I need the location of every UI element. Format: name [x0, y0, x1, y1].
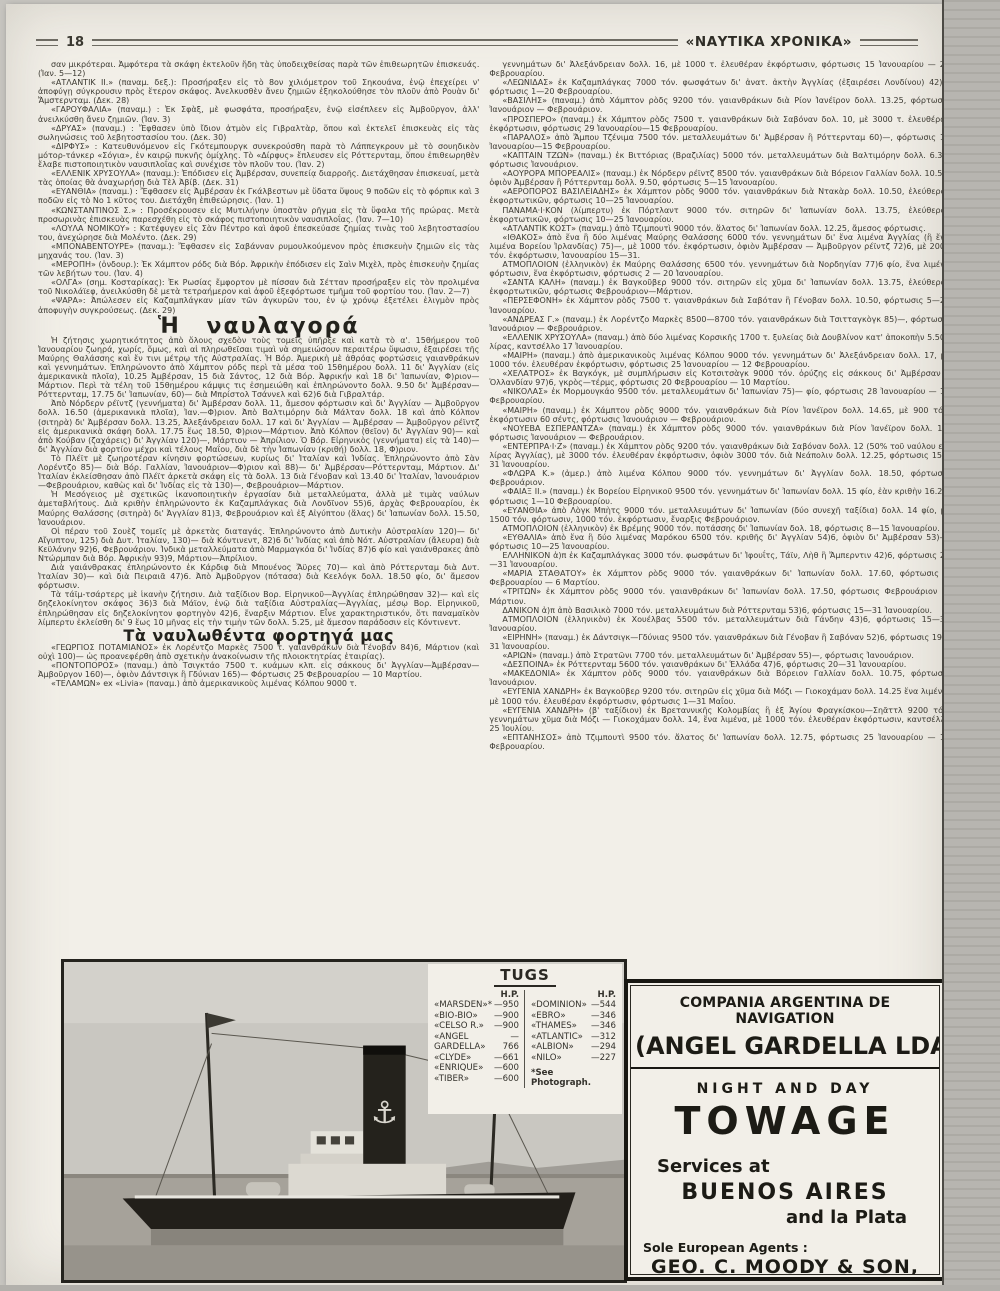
market-paragraph: Οἱ πέραν τοῦ Σουὲζ τομεῖς μὲ ἀρκετὰς δια… [38, 527, 479, 563]
charter-entry-paragraph: «ΠΡΟΣΠΕΡΟ» (παναμ.) ἐκ Χάμπτον ρὸδς 7500… [489, 115, 950, 133]
tug-name: «THAMES» [531, 1021, 577, 1032]
tug-horsepower: —294 [591, 1042, 616, 1053]
charter-entry-paragraph: ΠΑΝΑΜΑ·Ι·ΚΟΝ (λίμπερτυ) ἐκ Πόρτλαντ 9000… [489, 206, 950, 224]
market-paragraph: Ἀπὸ Νόρδερν ρέϊντζ (γεννήματα) δι' Ἀμβέρ… [38, 399, 479, 454]
header-rule-left [36, 39, 58, 46]
header-rule-middle [92, 39, 678, 46]
tug-horsepower: —227 [591, 1053, 616, 1064]
newspaper-page: 18 «ΝΑΥΤΙΚΑ ΧΡΟΝΙΚΑ» σαν μικρότεραι. Ἀμφ… [6, 4, 942, 1285]
ad-agents-label: Sole European Agents : [643, 1240, 927, 1255]
hp-column-header: H.P. [434, 990, 519, 1000]
tug-name: «MARSDEN»* [434, 1000, 492, 1011]
tug-horsepower: —312 [591, 1032, 616, 1043]
tug-horsepower: —661 [494, 1053, 519, 1064]
tug-name: «DOMINION» [531, 1000, 587, 1011]
charter-entry-paragraph: «ΕΝΤΕΡΠΡΑ·Ι·Ζ» (παναμ.) ἐκ Χάμπτον ρὸδς … [489, 442, 950, 469]
tug-horsepower: —900 [494, 1021, 519, 1032]
reflection [151, 1229, 563, 1245]
tugboat-photo-box: ⚓ TUGS H.P. «MA [61, 959, 627, 1283]
ship-report-paragraph: «ΜΕΡΟΠΗ» (ὁνδουρ.): Ἐκ Χάμπτον ρόδς διὰ … [38, 260, 479, 278]
tug-name: «CELSO R.» [434, 1021, 484, 1032]
tug-horsepower: —766 [500, 1032, 519, 1053]
tug-name: «ALBION» [531, 1042, 574, 1053]
charter-entry-paragraph: ΑΤΜΟΠΛΟΙΟΝ (ἑλληνικὸν) ἐκ Χουέλβας 5500 … [489, 615, 950, 633]
tug-horsepower: —950 [494, 1000, 519, 1011]
tugs-table: TUGS H.P. «MARSDEN»* —950 [428, 964, 622, 1114]
see-photograph-note: *See Photograph. [531, 1068, 616, 1088]
tugs-rows-left: «MARSDEN»* —950 «BIO-BIO» —900 [434, 1000, 519, 1084]
text-columns: σαν μικρότεραι. Ἀμφότερα τὰ σκάφη ἐκτελο… [38, 60, 950, 956]
charter-entries-list: γεννημάτων δι' Ἀλεξάνδρειαν δολλ. 16, μὲ… [489, 60, 950, 751]
tug-row: «NILO» —227 [531, 1053, 616, 1064]
tug-row: «ANGEL GARDELLA» —766 [434, 1032, 519, 1053]
anchor-emblem: ⚓ [371, 1096, 398, 1131]
market-paragraph: Τὰ τάϊμ-τσάρτερς μὲ ἱκανὴν ζήτησιν. Διὰ … [38, 590, 479, 626]
ship-reports-list: σαν μικρότεραι. Ἀμφότερα τὰ σκάφη ἐκτελο… [38, 60, 479, 315]
charter-entry-paragraph: «ΑΟΥΡΟΡΑ ΜΠΟΡΕΑΛΙΣ» (παναμ.) ἐκ Νόρδερν … [489, 169, 950, 187]
tug-row: «ALBION» —294 [531, 1042, 616, 1053]
ship-report-paragraph: σαν μικρότεραι. Ἀμφότερα τὰ σκάφη ἐκτελο… [38, 60, 479, 78]
charter-entry-paragraph: «ΤΡΙΤΩΝ» ἐκ Χάμπτον ρὸδς 9000 τόν. γαιαν… [489, 587, 950, 605]
charter-entry-paragraph: «ΜΑΡΙΑ ΣΤΑΘΑΤΟΥ» ἐκ Χάμπτον ρὸδς 9000 τό… [489, 569, 950, 587]
charter-entry-paragraph: «ΑΝΔΡΕΑΣ Γ.» (παναμ.) ἐκ Λορέντζο Μαρκὲς… [489, 315, 950, 333]
ship-report-paragraph: «ΑΤΛΑΝΤΙΚ ΙΙ.» (παναμ. δεξ.): Προσήραξεν… [38, 78, 479, 105]
charter-entry-paragraph: «ΚΑΠΤΑΙΝ ΤΖΩΝ» (παναμ.) ἐκ Βιττόριας (Βρ… [489, 151, 950, 169]
masthead-title: «ΝΑΥΤΙΚΑ ΧΡΟΝΙΚΑ» [686, 34, 852, 50]
ship-report-paragraph: «ΚΩΝΣΤΑΝΤΙΝΟΣ Σ.» : Προσέκρουσεν εἰς Μυτ… [38, 206, 479, 224]
charter-entry-paragraph: ΑΤΜΟΠΛΟΙΟΝ (ἑλληνικὸν) ἐκ Βρέμης 9000 τό… [489, 524, 950, 533]
charter-entry-paragraph: «ΦΑΙΑΞ ΙΙ.» (παναμ.) ἐκ Βορείου Εἰρηνικο… [489, 487, 950, 505]
tug-row: «TIBER» —600 [434, 1074, 519, 1085]
chartered-ships-heading: Τὰ ναυλωθέντα φορτηγά μας [38, 631, 479, 640]
market-paragraph: Ἡ Μεσόγειος μὲ σχετικῶς ἱκανοποιητικὴν ἐ… [38, 490, 479, 526]
tugs-table-title: TUGS [494, 966, 556, 987]
market-paragraph: Διὰ γαιάνθρακας ἐπληρώνοντο ἐκ Κάρδιφ δι… [38, 563, 479, 590]
ad-city-la-plata: and la Plata [643, 1207, 927, 1228]
tugs-column-left: H.P. «MARSDEN»* —950 «BIO-BIO» [434, 990, 525, 1088]
left-column: σαν μικρότεραι. Ἀμφότερα τὰ σκάφη ἐκτελο… [38, 60, 479, 956]
chartered-paragraph: «ΓΕΩΡΓΙΟΣ ΠΟΤΑΜΙΑΝΟΣ» ἐκ Λορέντζο Μαρκὲς… [38, 643, 479, 661]
tug-horsepower: —600 [494, 1063, 519, 1074]
ad-brand-name: (ANGEL GARDELLA LDA) [631, 1032, 939, 1069]
ad-city-buenos-aires: BUENOS AIRES [643, 1180, 927, 1205]
tug-horsepower: —544 [591, 1000, 616, 1011]
charter-entry-paragraph: «ΙΘΑΚΟΣ» ἀπὸ ἕνα ἢ δύο λιμένας Μαύρης Θα… [489, 233, 950, 260]
page-header: 18 «ΝΑΥΤΙΚΑ ΧΡΟΝΙΚΑ» [36, 34, 918, 50]
towage-advertisement: COMPANIA ARGENTINA DE NAVIGATION (ANGEL … [624, 979, 946, 1281]
right-column: γεννημάτων δι' Ἀλεξάνδρειαν δολλ. 16, μὲ… [489, 60, 950, 952]
charter-entry-paragraph: «ΛΕΩΝΙΔΑΣ» ἐκ Καζαμπλάγκας 7000 τόν. φωσ… [489, 78, 950, 96]
charter-entry-paragraph: «ΒΑΣΙΛΗΣ» (παναμ.) ἀπὸ Χάμπτον ρὸδς 9200… [489, 96, 950, 114]
tug-row: «CLYDE» —661 [434, 1053, 519, 1064]
charter-entry-paragraph: «ΕΥΓΕΝΙΑ ΧΑΝΔΡΗ» ἐκ Βαγκοῦβερ 9200 τόν. … [489, 687, 950, 705]
tug-name: «ANGEL GARDELLA» [434, 1032, 500, 1053]
tug-name: «NILO» [531, 1053, 562, 1064]
tug-row: «BIO-BIO» —900 [434, 1011, 519, 1022]
tug-horsepower: —900 [494, 1011, 519, 1022]
tug-row: «DOMINION» —544 [531, 1000, 616, 1011]
tug-row: «CELSO R.» —900 [434, 1021, 519, 1032]
tug-name: «CLYDE» [434, 1053, 471, 1064]
page-number: 18 [66, 35, 84, 50]
tugs-rows-right: «DOMINION» —544 «EBRO» —346 «T [531, 1000, 616, 1063]
charter-entry-paragraph: «ΦΛΩΡΑ Κ.» (ἀμερ.) ἀπὸ λιμένα Κόλπου 900… [489, 469, 950, 487]
charter-entry-paragraph: «ΑΕΡΟΠΟΡΟΣ ΒΑΣΙΛΕΙΑΔΗΣ» ἐκ Χάμπτον ρὸδς … [489, 187, 950, 205]
ad-inner-frame: COMPANIA ARGENTINA DE NAVIGATION (ANGEL … [630, 985, 940, 1275]
tug-row: «EBRO» —346 [531, 1011, 616, 1022]
tugs-column-right: H.P. «DOMINION» —544 «EBRO» [525, 990, 616, 1088]
ship-report-paragraph: «ΔΙΡΦΥΣ» : Κατευθυνόμενον εἰς Γκότεμπουρ… [38, 142, 479, 169]
charter-entry-paragraph: «ΕΥΘΑΛΙΑ» ἀπὸ ἕνα ἢ δύο λιμένας Μαρόκου … [489, 533, 950, 551]
hp-column-header: H.P. [531, 990, 616, 1000]
tug-row: «ENRIQUE» —600 [434, 1063, 519, 1074]
charter-entry-paragraph: «ΧΕΛΑΤΡΟΣ» ἐκ Βαγκόγκ, μὲ συμπλήρωσιν εἰ… [489, 369, 950, 387]
charter-entry-paragraph: «ΝΙΚΟΛΑΣ» ἐκ Μορμουγκάο 9500 τόν. μεταλλ… [489, 387, 950, 405]
ad-service-name: TOWAGE [643, 1102, 927, 1140]
charter-entry-paragraph: ΕΛΛΗΝΙΚΟΝ ἀ)π ἐκ Καζαμπλάγκας 3000 τόν. … [489, 551, 950, 569]
tug-name: «ATLANTIC» [531, 1032, 583, 1043]
ship-report-paragraph: «ΨΑΡΑ»: Ἀπώλεσεν εἰς Καζαμπλάγκαν μίαν τ… [38, 296, 479, 314]
charter-entry-paragraph: «ΕΥΓΕΝΙΑ ΧΑΝΔΡΗ» (β' ταξίδιον) ἐκ Βρεταν… [489, 706, 950, 733]
tug-name: «TIBER» [434, 1074, 469, 1085]
charter-entry-paragraph: «ΔΕΣΠΟΙΝΑ» ἐκ Ρόττερνταμ 5600 τόν. γαιαν… [489, 660, 950, 669]
charter-entry-paragraph: «ΜΑΚΕΔΟΝΙΑ» ἐκ Χάμπτον ρὸδς 9000 τόν. γα… [489, 669, 950, 687]
market-paragraph: Τὸ Πλέϊτ μὲ ζωηροτέραν κίνησιν φορτώσεων… [38, 454, 479, 490]
chartered-paragraph: «ΠΟΝΤΟΠΟΡΟΣ» (παναμ.) ἀπὸ Τσιγκτάο 7500 … [38, 661, 479, 679]
tug-row: «THAMES» —346 [531, 1021, 616, 1032]
ship-report-paragraph: «ΔΡΥΑΣ» (παναμ.) : Ἔφθασεν ὑπὸ ἴδιον ἀτμ… [38, 124, 479, 142]
header-rule-right [860, 39, 918, 46]
ship-report-paragraph: «ΕΛΛΕΝΙΚ ΧΡΥΣΟΥΛΑ» (παναμ.): Ἐπόδισεν εἰ… [38, 169, 479, 187]
charter-entry-paragraph: «ΜΑΙΡΗ» (παναμ.) ἐκ Χάμπτον ρὸδς 9000 τό… [489, 406, 950, 424]
ad-tagline: NIGHT AND DAY [643, 1081, 927, 1097]
tug-horsepower: —346 [591, 1011, 616, 1022]
scan-bottom-edge [0, 1285, 1000, 1291]
charter-entry-paragraph: «ΕΙΡΗΝΗ» (παναμ.) ἐκ Δάντσιγκ—Γδύνιας 95… [489, 633, 950, 651]
charter-entry-paragraph: «ΕΛΛΕΝΙΚ ΧΡΥΣΟΥΛΑ» (παναμ.) ἀπὸ δύο λιμέ… [489, 333, 950, 351]
scan-edge-strip [944, 0, 1000, 1285]
charter-entry-paragraph: «ΠΕΡΣΕΦΟΝΗ» ἐκ Χάμπτον ρὸδς 7500 τ. γαια… [489, 296, 950, 314]
tug-horsepower: —346 [591, 1021, 616, 1032]
chartered-paragraph: «ΤΕΛΑΜΩΝ» ex «Livia» (παναμ.) ἀπὸ ἀμερικ… [38, 679, 479, 688]
charter-entry-paragraph: «ΑΡΙΩΝ» (παναμ.) ἀπὸ Στρατῶνι 7700 τόν. … [489, 651, 950, 660]
tug-row: «MARSDEN»* —950 [434, 1000, 519, 1011]
charter-entry-paragraph: «ΕΥΑΝΘΙΑ» ἀπὸ Λὸγκ Μπὴτς 9000 τόν. μεταλ… [489, 506, 950, 524]
charter-entry-paragraph: «ΕΠΤΑΝΗΣΟΣ» ἀπὸ Τζιμπουτὶ 9500 τόν. ἅλατ… [489, 733, 950, 751]
ship-report-paragraph: «ΓΑΡΟΥΦΑΛΙΑ» (παναμ.) : Ἐκ Σφὰξ, μὲ φωσφ… [38, 105, 479, 123]
charter-entry-paragraph: «ΠΑΡΑΛΟΣ» ἀπὸ Ἄμπου Τζένιμα 7500 τόν. με… [489, 133, 950, 151]
freight-market-heading: Ἡ ναυλαγορά [38, 322, 479, 331]
charter-entry-paragraph: «ΣΑΝΤΑ ΚΑΛΗ» (παναμ.) ἐκ Βαγκοῦβερ 9000 … [489, 278, 950, 296]
chartered-ships-list: «ΓΕΩΡΓΙΟΣ ΠΟΤΑΜΙΑΝΟΣ» ἐκ Λορέντζο Μαρκὲς… [38, 643, 479, 688]
ad-services-at: Services at [643, 1156, 927, 1177]
freight-market-list: Ἡ ζήτησις χωρητικότητος ἀπὸ ὅλους σχεδὸν… [38, 336, 479, 627]
ship-report-paragraph: «ΜΠΟΝΑΒΕΝΤΟΥΡΕ» (παναμ.): Ἔφθασεν εἰς Σα… [38, 242, 479, 260]
ship-report-paragraph: «ΛΟΥΛΑ ΝΟΜΙΚΟΥ» : Κατέφυγεν εἰς Σὰν Πέντ… [38, 224, 479, 242]
tug-name: «BIO-BIO» [434, 1011, 478, 1022]
charter-entry-paragraph: ΔΑΝΙΚΟΝ ἀ)π ἀπὸ Βασιλικὸ 7000 τόν. μεταλ… [489, 606, 950, 615]
tug-name: «EBRO» [531, 1011, 566, 1022]
charter-entry-paragraph: «ΑΤΛΑΝΤΙΚ ΚΟΣΤ» (παναμ.) ἀπὸ Τζιμπουτὶ 9… [489, 224, 950, 233]
tug-horsepower: —600 [494, 1074, 519, 1085]
charter-entry-paragraph: «ΝΟΥΕΒΑ ΕΣΠΕΡΑΝΤΖΑ» (παναμ.) ἐκ Χάμπτον … [489, 424, 950, 442]
charter-entry-paragraph: «ΜΑΙΡΗ» (παναμ.) ἀπὸ ἀμερικανικοὺς λιμέν… [489, 351, 950, 369]
charter-entry-paragraph: γεννημάτων δι' Ἀλεξάνδρειαν δολλ. 16, μὲ… [489, 60, 950, 78]
ad-agent-name: GEO. C. MOODY & SON, [643, 1256, 927, 1275]
tug-row: «ATLANTIC» —312 [531, 1032, 616, 1043]
scanned-newspaper: 18 «ΝΑΥΤΙΚΑ ΧΡΟΝΙΚΑ» σαν μικρότεραι. Ἀμφ… [0, 0, 1000, 1291]
ad-company-name: COMPANIA ARGENTINA DE NAVIGATION [643, 995, 927, 1027]
ship-report-paragraph: «ΕΥΑΝΘΙΑ» (παναμ.) : Ἔφθασεν εἰς Ἀμβέρσα… [38, 187, 479, 205]
tug-name: «ENRIQUE» [434, 1063, 483, 1074]
charter-entry-paragraph: ΑΤΜΟΠΛΟΙΟΝ (ἑλληνικὸν) ἐκ Μαύρης Θαλάσση… [489, 260, 950, 278]
ship-report-paragraph: «ΟΛΓΑ» (σημ. Κοσταρίκας): Ἐκ Ρωσίας ἔμφο… [38, 278, 479, 296]
market-paragraph: Ἡ ζήτησις χωρητικότητος ἀπὸ ὅλους σχεδὸν… [38, 336, 479, 400]
